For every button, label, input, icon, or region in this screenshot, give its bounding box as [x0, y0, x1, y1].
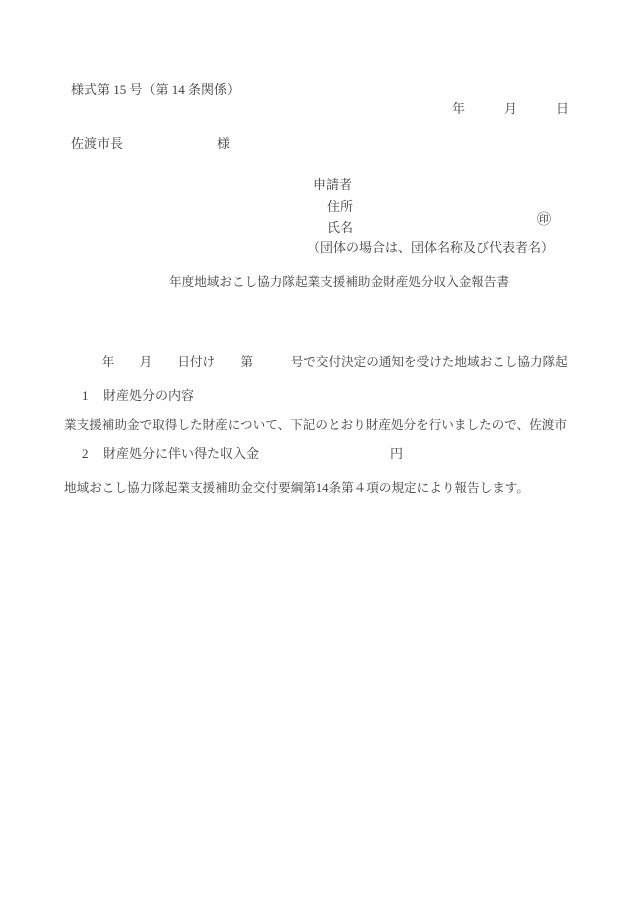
form-number: 様式第 15 号（第 14 条関係）: [71, 83, 240, 98]
body-line-2: 業支援補助金で取得した財産について、下記のとおり財産処分を行いましたので、佐渡市: [64, 415, 574, 436]
addressee: 佐渡市長: [71, 137, 123, 152]
body-paragraph: 年 月 日付け 第 号で交付決定の通知を受けた地域おこし協力隊起 業支援補助金で…: [64, 310, 574, 541]
body-line-3: 地域おこし協力隊起業支援補助金交付要綱第14条第４項の規定により報告します。: [64, 478, 574, 499]
date-line: 年 月 日: [452, 102, 569, 117]
applicant-corporate-note: （団体の場合は、団体名称及び代表者名）: [307, 241, 554, 256]
item-1-number: 1: [82, 389, 89, 404]
addressee-honorific: 様: [217, 137, 230, 152]
applicant-name-label: 氏名: [327, 221, 353, 236]
item-2-unit: 円: [390, 447, 403, 462]
seal-mark-icon: ㊞: [537, 213, 551, 229]
item-1-label: 財産処分の内容: [103, 389, 194, 404]
item-2-label: 財産処分に伴い得た収入金: [103, 447, 259, 462]
applicant-address-label: 住所: [327, 200, 353, 215]
document-page: 様式第 15 号（第 14 条関係） 年 月 日 佐渡市長 様 申請者 住所 氏…: [0, 0, 630, 915]
applicant-label: 申請者: [313, 178, 352, 193]
body-line-1: 年 月 日付け 第 号で交付決定の通知を受けた地域おこし協力隊起: [64, 352, 574, 373]
document-title: 年度地域おこし協力隊起業支援補助金財産処分収入金報告書: [169, 275, 509, 289]
item-2-number: 2: [82, 447, 89, 462]
